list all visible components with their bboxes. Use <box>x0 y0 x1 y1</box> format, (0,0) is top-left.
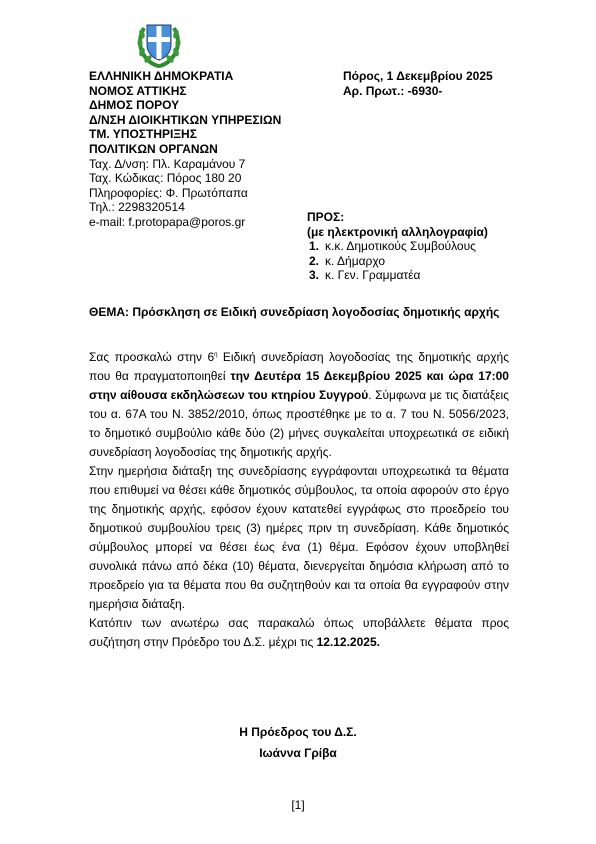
p1-text-a: Σας προσκαλώ στην 6 <box>89 350 214 364</box>
date-block: Πόρος, 1 Δεκεμβρίου 2025 Αρ. Πρωτ.: -693… <box>343 69 493 98</box>
recipient-number: 2. <box>309 254 325 269</box>
greek-coat-of-arms-icon <box>136 18 182 68</box>
deadline-date: 12.12.2025. <box>317 635 380 649</box>
signatory-title: Η Πρόεδρος του Δ.Σ. <box>0 722 596 743</box>
sender-line: ΝΟΜΟΣ ΑΤΤΙΚΗΣ <box>89 84 281 99</box>
address-line: Ταχ. Δ/νση: Πλ. Καραμάνου 7 <box>89 157 281 172</box>
date: Πόρος, 1 Δεκεμβρίου 2025 <box>343 69 493 84</box>
email-line: e-mail: f.protopapa@poros.gr <box>89 215 281 230</box>
body-paragraph-1: Σας προσκαλώ στην 6η Ειδική συνεδρίαση λ… <box>89 348 509 462</box>
recipients-title: ΠΡΟΣ: <box>307 210 488 225</box>
sender-line: ΠΟΛΙΤΙΚΩΝ ΟΡΓΑΝΩΝ <box>89 142 281 157</box>
page-number: [1] <box>0 798 596 812</box>
postal-code-line: Ταχ. Κώδικας: Πόρος 180 20 <box>89 171 281 186</box>
sender-block: ΕΛΛΗΝΙΚΗ ΔΗΜΟΚΡΑΤΙΑ ΝΟΜΟΣ ΑΤΤΙΚΗΣ ΔΗΜΟΣ … <box>89 69 281 230</box>
sender-line: ΔΗΜΟΣ ΠΟΡΟΥ <box>89 98 281 113</box>
signature-block: Η Πρόεδρος του Δ.Σ. Ιωάννα Γρίβα <box>0 722 596 764</box>
p3-text: Κατόπιν των ανωτέρω σας παρακαλώ όπως υπ… <box>89 616 509 649</box>
recipient-label: κ. Γεν. Γραμματέα <box>325 268 420 282</box>
recipient-item: 1.κ.κ. Δημοτικούς Συμβούλους <box>307 239 488 254</box>
signatory-name: Ιωάννα Γρίβα <box>0 743 596 764</box>
recipients-subtitle: (με ηλεκτρονική αλληλογραφία) <box>307 225 488 240</box>
body-paragraph-2: Στην ημερήσια διάταξη της συνεδρίασης εγ… <box>89 462 509 614</box>
recipient-item: 2.κ. Δήμαρχο <box>307 254 488 269</box>
recipient-number: 1. <box>309 239 325 254</box>
recipient-item: 3.κ. Γεν. Γραμματέα <box>307 268 488 283</box>
recipient-label: κ. Δήμαρχο <box>325 254 385 268</box>
body-paragraph-3: Κατόπιν των ανωτέρω σας παρακαλώ όπως υπ… <box>89 614 509 652</box>
info-line: Πληροφορίες: Φ. Πρωτόπαπα <box>89 186 281 201</box>
recipient-number: 3. <box>309 268 325 283</box>
sender-line: Δ/ΝΣΗ ΔΙΟΙΚΗΤΙΚΩΝ ΥΠΗΡΕΣΙΩΝ <box>89 113 281 128</box>
document-page: ΕΛΛΗΝΙΚΗ ΔΗΜΟΚΡΑΤΙΑ ΝΟΜΟΣ ΑΤΤΙΚΗΣ ΔΗΜΟΣ … <box>0 0 596 844</box>
sender-line: ΤΜ. ΥΠΟΣΤΗΡΙΞΗΣ <box>89 127 281 142</box>
protocol-number: Αρ. Πρωτ.: -6930- <box>343 84 493 99</box>
subject-line: ΘΕΜΑ: Πρόσκληση σε Ειδική συνεδρίαση λογ… <box>89 305 499 320</box>
recipient-label: κ.κ. Δημοτικούς Συμβούλους <box>325 239 476 253</box>
sender-line: ΕΛΛΗΝΙΚΗ ΔΗΜΟΚΡΑΤΙΑ <box>89 69 281 84</box>
phone-line: Τηλ.: 2298320514 <box>89 200 281 215</box>
recipients-block: ΠΡΟΣ: (με ηλεκτρονική αλληλογραφία) 1.κ.… <box>307 210 488 283</box>
letter-body: Σας προσκαλώ στην 6η Ειδική συνεδρίαση λ… <box>89 348 509 652</box>
